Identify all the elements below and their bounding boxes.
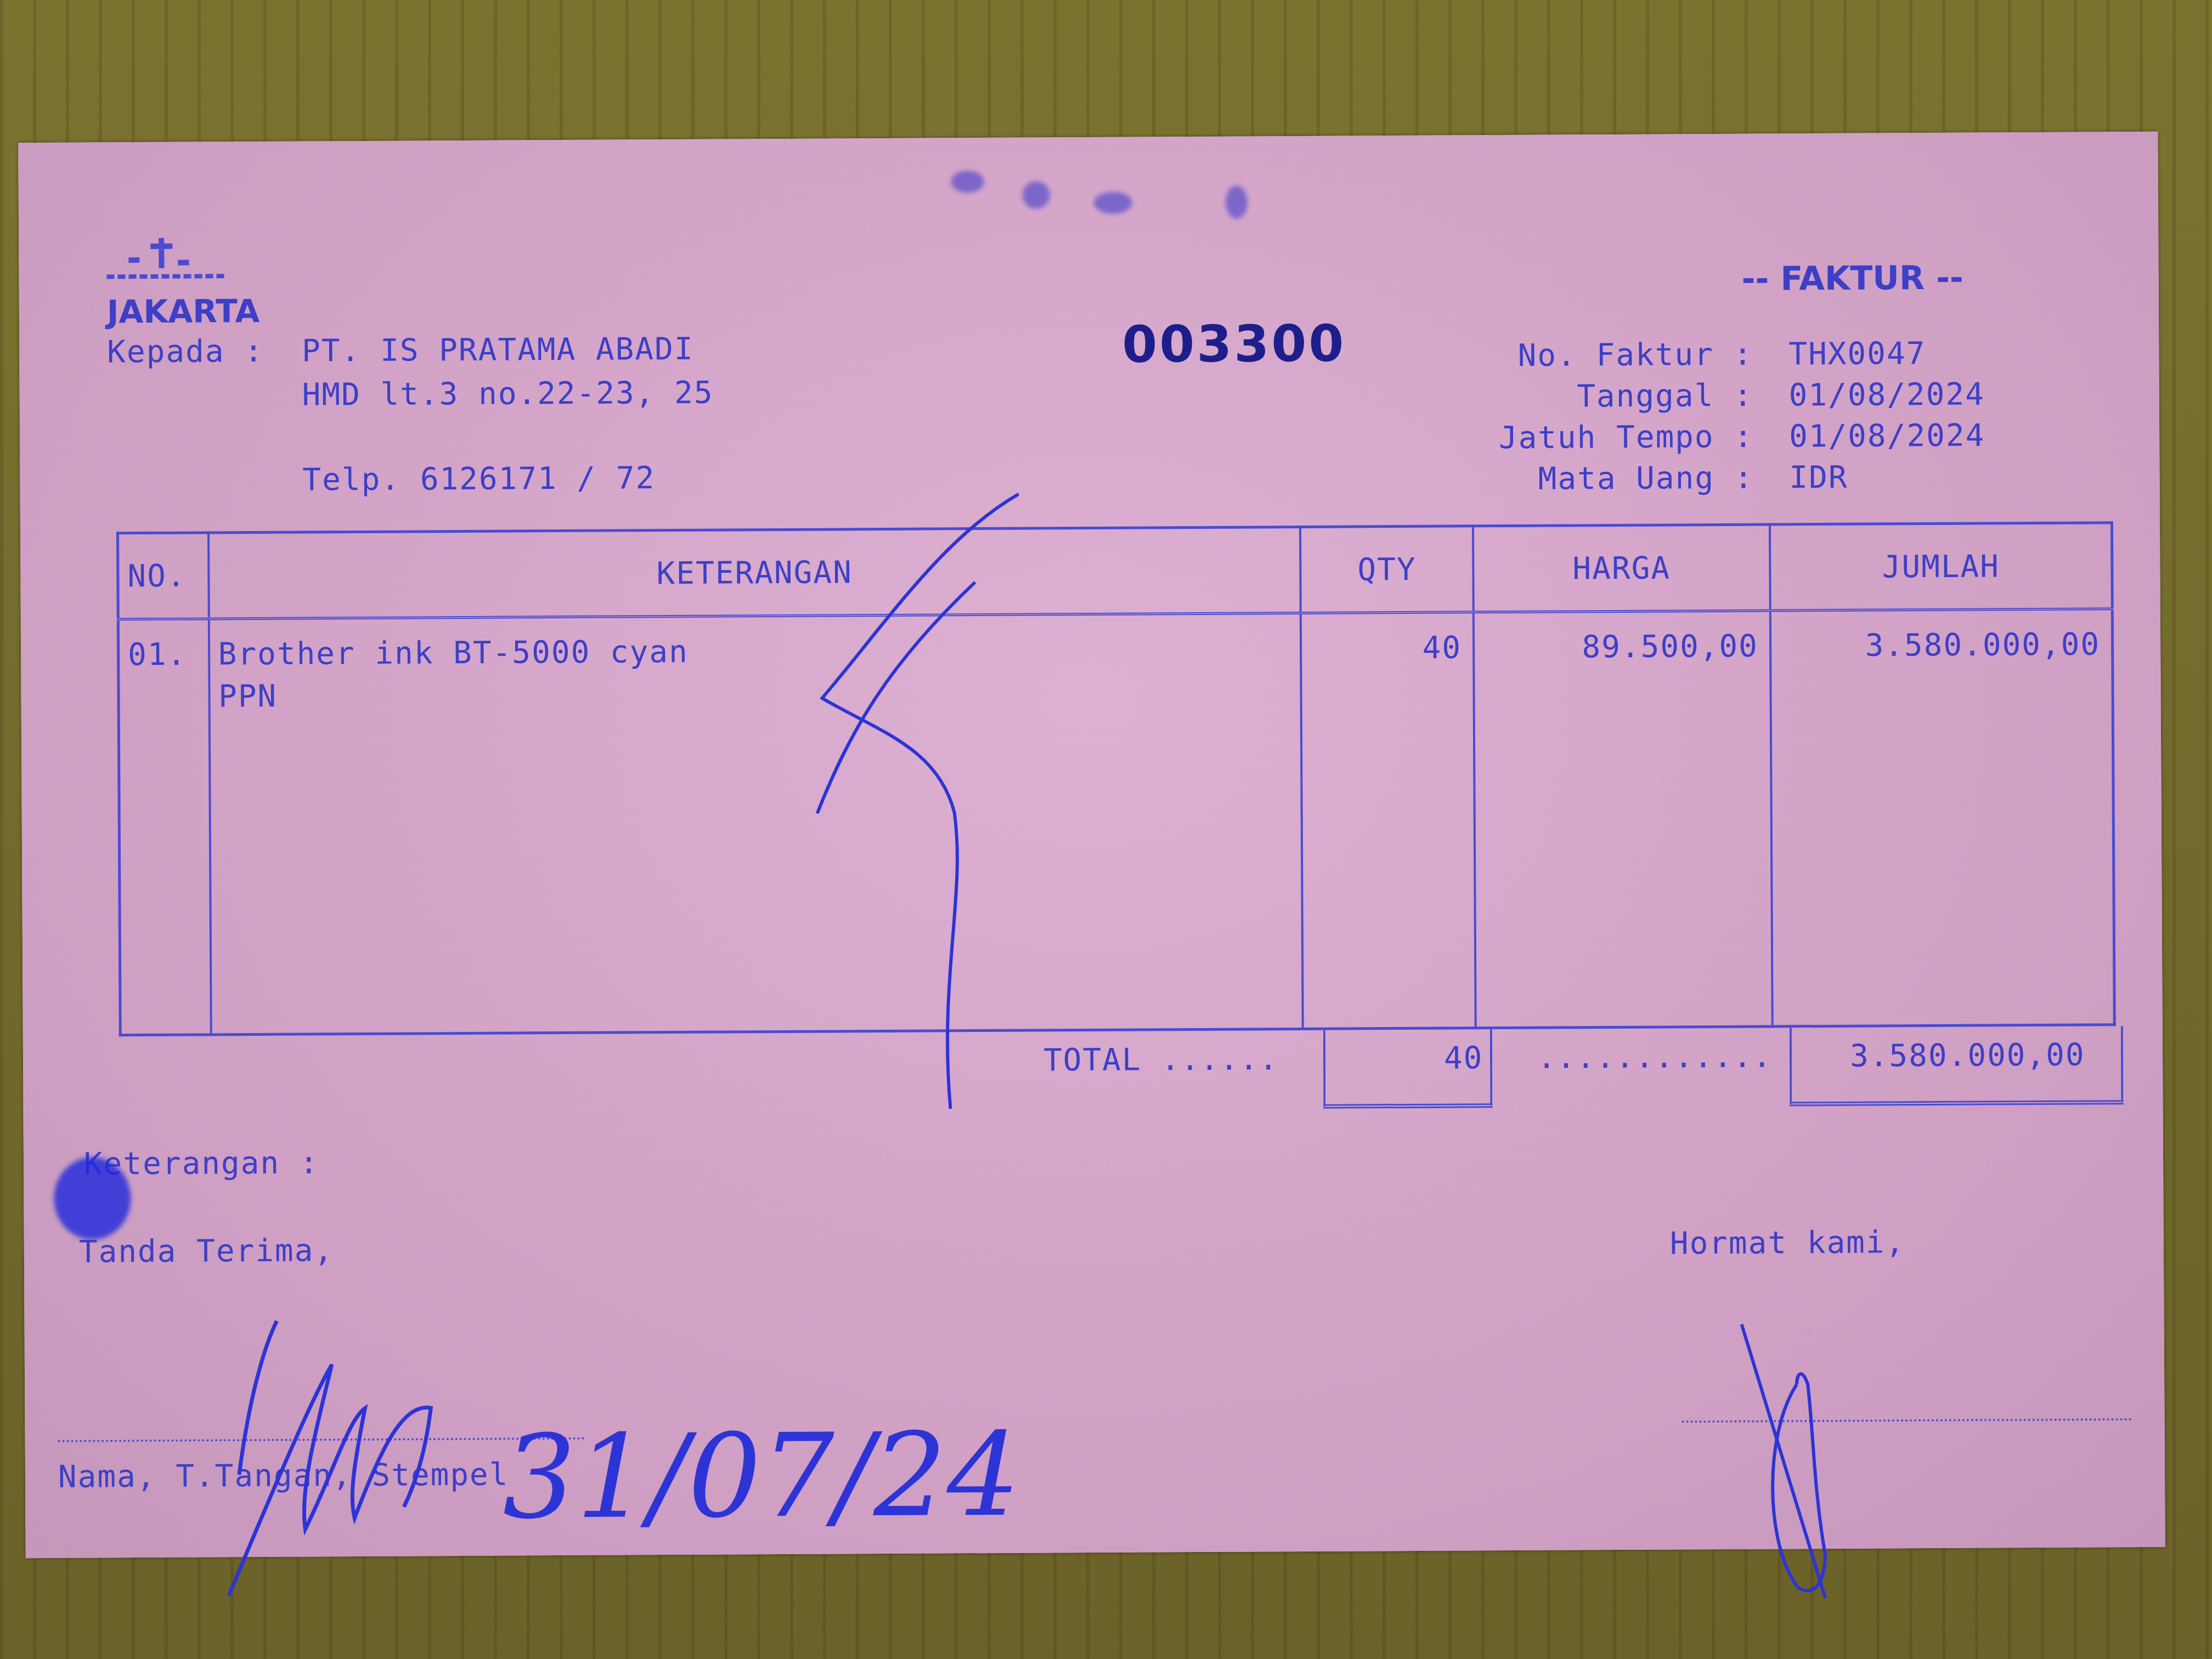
total-filler: ............ — [1537, 1039, 1773, 1076]
ink-smudge — [1094, 192, 1132, 214]
header-qty: QTY — [1300, 526, 1473, 613]
seller-city: JAKARTA — [107, 292, 260, 330]
currency-value: IDR — [1789, 460, 1848, 496]
table-header-row: NO. KETERANGAN QTY HARGA JUMLAH — [118, 523, 2113, 619]
row-amount: 3.580.000,00 — [1770, 609, 2115, 1026]
header-description: KETERANGAN — [208, 527, 1301, 619]
row-description-line1: Brother ink BT-5000 cyan — [218, 631, 1300, 672]
row-description: Brother ink BT-5000 cyan PPN — [208, 613, 1303, 1034]
due-date-value: 01/08/2024 — [1789, 417, 1985, 454]
invoice-no-label: No. Faktur : — [1518, 337, 1753, 374]
recipient-address: HMD lt.3 no.22-23, 25 — [302, 375, 714, 413]
items-table: NO. KETERANGAN QTY HARGA JUMLAH 01. Brot… — [116, 521, 2116, 1036]
table-row: 01. Brother ink BT-5000 cyan PPN 40 89.5… — [118, 609, 2114, 1035]
received-label: Tanda Terima, — [79, 1233, 334, 1269]
header-no: NO. — [118, 533, 209, 619]
recipient-name: PT. IS PRATAMA ABADI — [302, 331, 694, 369]
ink-stain — [54, 1157, 131, 1240]
header-amount: JUMLAH — [1770, 523, 2112, 611]
regards-label: Hormat kami, — [1670, 1224, 1905, 1261]
due-date-label: Jatuh Tempo : — [1499, 419, 1754, 456]
recipient-label: Kepada : — [107, 334, 264, 370]
invoice-no-value: THX0047 — [1788, 336, 1926, 372]
handwritten-date: 31/07/24 — [502, 1408, 1020, 1545]
serial-number-stamp: 003300 — [1122, 314, 1346, 374]
header-price: HARGA — [1473, 524, 1770, 612]
document-title: -- FAKTUR -- — [1741, 259, 1963, 298]
seller-signature — [1731, 1323, 1897, 1632]
row-description-line2: PPN — [218, 673, 1300, 714]
row-price: 89.500,00 — [1474, 611, 1773, 1028]
invoice-paper: JAKARTA Kepada : PT. IS PRATAMA ABADI HM… — [18, 132, 2165, 1558]
ink-smudge — [1023, 181, 1050, 208]
row-qty: 40 — [1301, 612, 1476, 1029]
date-label: Tanggal : — [1577, 378, 1753, 415]
total-amount: 3.580.000,00 — [1850, 1037, 2085, 1074]
currency-label: Mata Uang : — [1538, 460, 1753, 497]
company-logo-icon — [95, 235, 238, 285]
recipient-phone: Telp. 6126171 / 72 — [302, 460, 655, 498]
date-value: 01/08/2024 — [1789, 376, 1985, 413]
ink-smudge — [951, 171, 984, 193]
handwritten-check-mark — [777, 483, 1110, 1132]
total-qty: 40 — [1444, 1040, 1483, 1076]
receiver-signature: 31/07/24 — [205, 1306, 1002, 1659]
row-no: 01. — [118, 619, 211, 1035]
ink-smudge — [1226, 185, 1248, 218]
